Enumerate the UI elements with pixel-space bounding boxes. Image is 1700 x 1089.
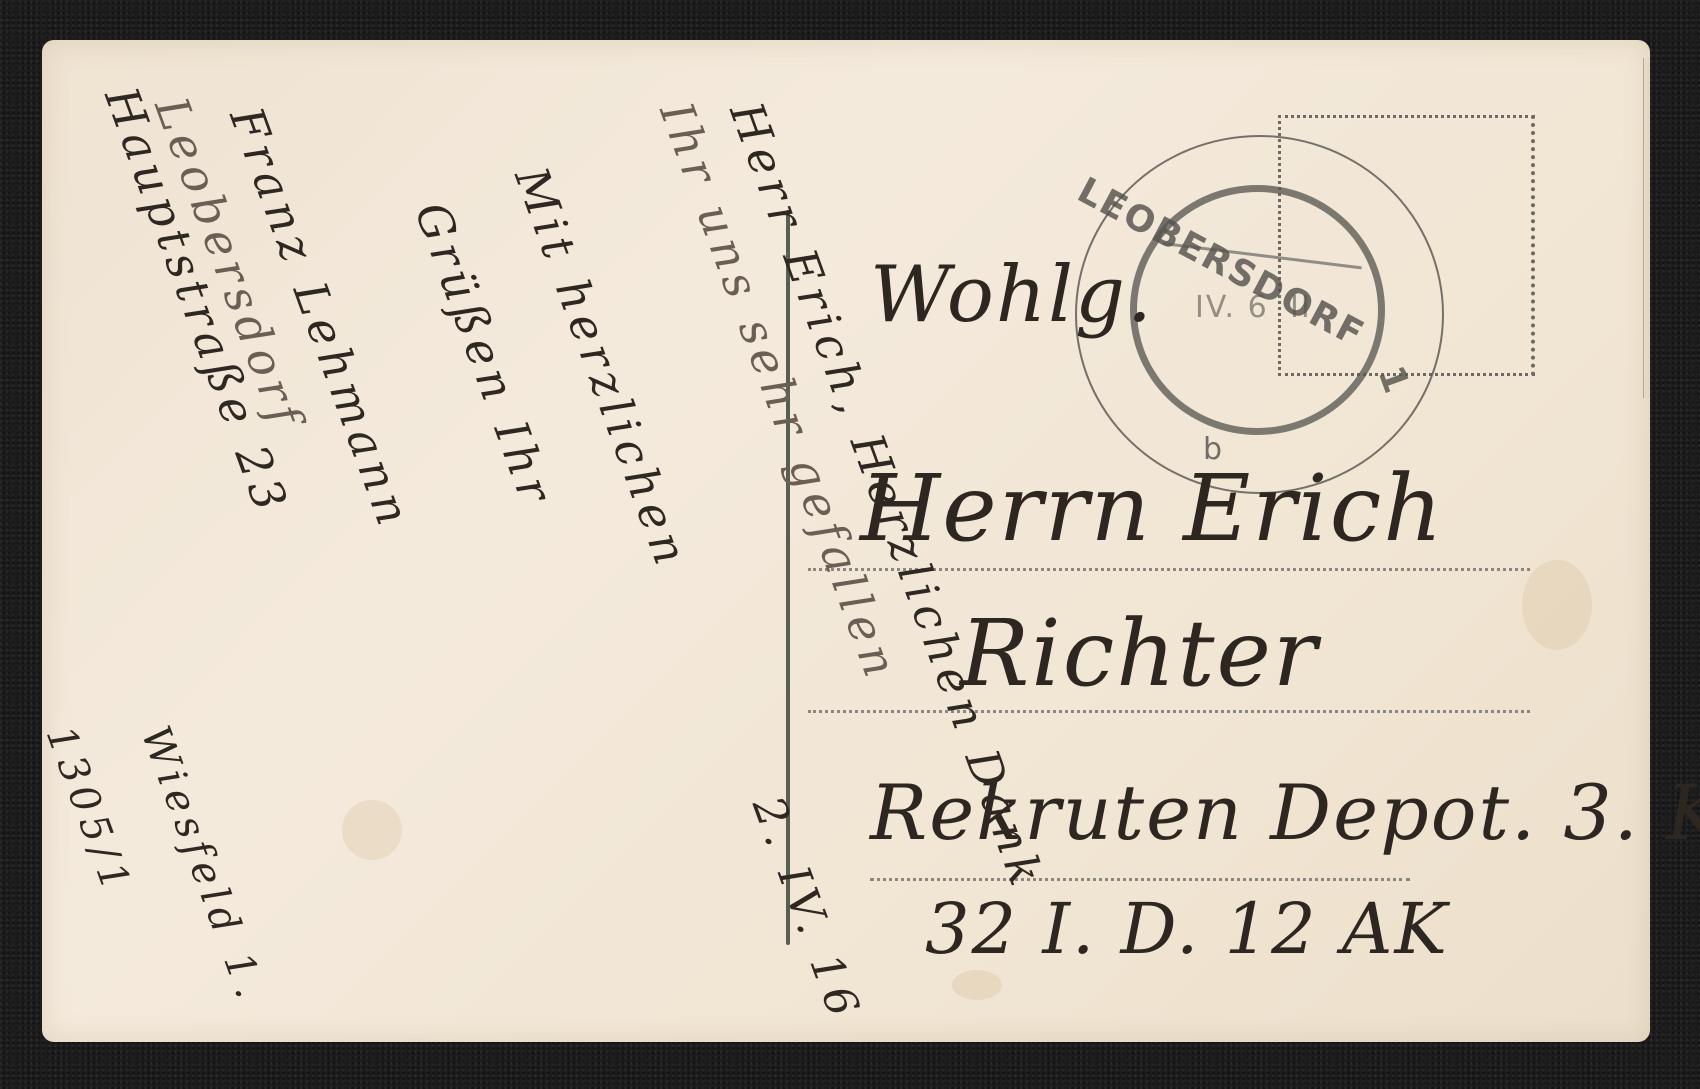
address-recipient-name: Herrn Erich bbox=[860, 455, 1444, 562]
postmark-date: IV. 6 bbox=[1195, 290, 1269, 325]
torn-edge bbox=[1643, 58, 1650, 398]
address-salutation: Wohlg. bbox=[870, 250, 1154, 340]
address-division: 32 I. D. 12 AK bbox=[925, 888, 1449, 970]
address-line-2 bbox=[808, 710, 1530, 713]
foxing-stain bbox=[342, 800, 402, 860]
address-recipient-surname: Richter bbox=[960, 600, 1319, 707]
foxing-stain bbox=[952, 970, 1002, 1000]
foxing-stain bbox=[1522, 560, 1592, 650]
postmark-time: II bbox=[1290, 290, 1312, 325]
address-line-3 bbox=[870, 878, 1410, 881]
